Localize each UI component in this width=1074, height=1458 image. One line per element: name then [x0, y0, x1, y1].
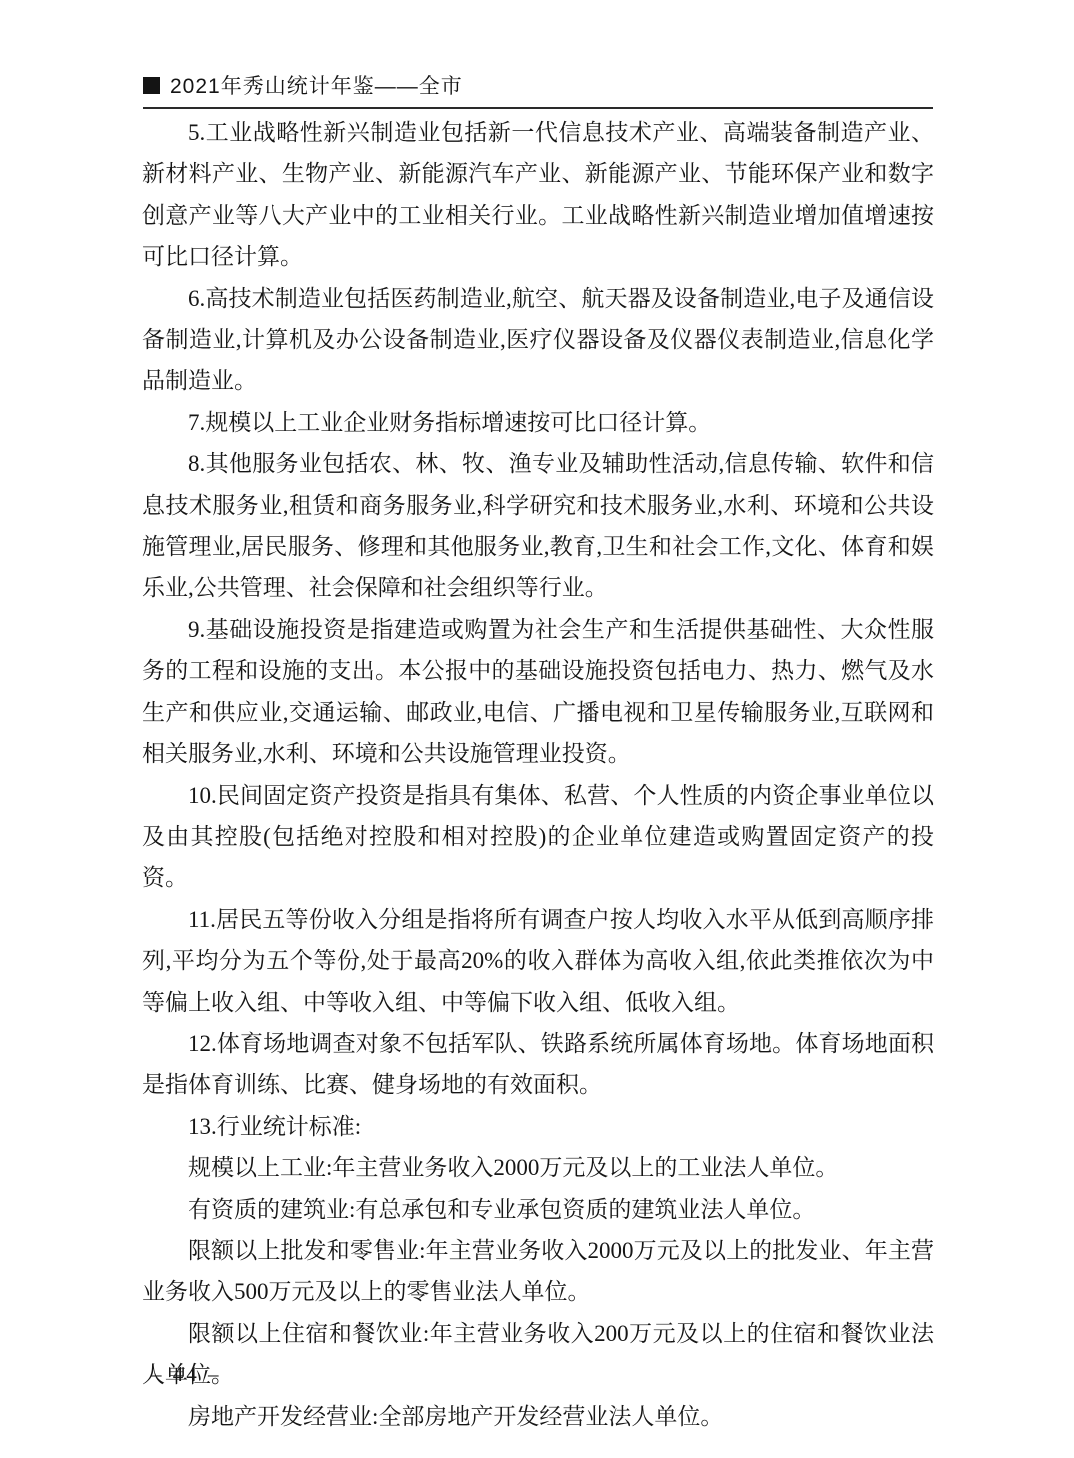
document-body: 5.工业战略性新兴制造业包括新一代信息技术产业、高端装备制造产业、新材料产业、生… [142, 112, 934, 1437]
yearbook-page: 2021年秀山统计年鉴——全市 5.工业战略性新兴制造业包括新一代信息技术产业、… [0, 0, 1074, 1458]
page-header-title: 2021年秀山统计年鉴——全市 [170, 70, 463, 100]
header-row: 2021年秀山统计年鉴——全市 [143, 70, 933, 109]
paragraph-item-5: 5.工业战略性新兴制造业包括新一代信息技术产业、高端装备制造产业、新材料产业、生… [142, 112, 934, 278]
paragraph-standard-wholesale-retail: 限额以上批发和零售业:年主营业务收入2000万元及以上的批发业、年主营业务收入5… [142, 1230, 934, 1313]
paragraph-item-12: 12.体育场地调查对象不包括军队、铁路系统所属体育场地。体育场地面积是指体育训练… [142, 1023, 934, 1106]
paragraph-item-8: 8.其他服务业包括农、林、牧、渔专业及辅助性活动,信息传输、软件和信息技术服务业… [142, 443, 934, 609]
paragraph-item-13: 13.行业统计标准: [142, 1106, 934, 1147]
page-header: 2021年秀山统计年鉴——全市 [143, 70, 933, 109]
paragraph-item-9: 9.基础设施投资是指建造或购置为社会生产和生活提供基础性、大众性服务的工程和设施… [142, 609, 934, 775]
paragraph-standard-construction: 有资质的建筑业:有总承包和专业承包资质的建筑业法人单位。 [142, 1189, 934, 1230]
paragraph-item-11: 11.居民五等份收入分组是指将所有调查户按人均收入水平从低到高顺序排列,平均分为… [142, 899, 934, 1023]
paragraph-standard-industry: 规模以上工业:年主营业务收入2000万元及以上的工业法人单位。 [142, 1147, 934, 1188]
paragraph-item-6: 6.高技术制造业包括医药制造业,航空、航天器及设备制造业,电子及通信设备制造业,… [142, 278, 934, 402]
paragraph-item-10: 10.民间固定资产投资是指具有集体、私营、个人性质的内资企事业单位以及由其控股(… [142, 775, 934, 899]
square-bullet-icon [143, 77, 160, 94]
paragraph-standard-hotel-catering: 限额以上住宿和餐饮业:年主营业务收入200万元及以上的住宿和餐饮业法人单位。 [142, 1313, 934, 1396]
page-number: – 44 – [151, 1362, 222, 1387]
paragraph-standard-real-estate: 房地产开发经营业:全部房地产开发经营业法人单位。 [142, 1396, 934, 1437]
paragraph-item-7: 7.规模以上工业企业财务指标增速按可比口径计算。 [142, 402, 934, 443]
